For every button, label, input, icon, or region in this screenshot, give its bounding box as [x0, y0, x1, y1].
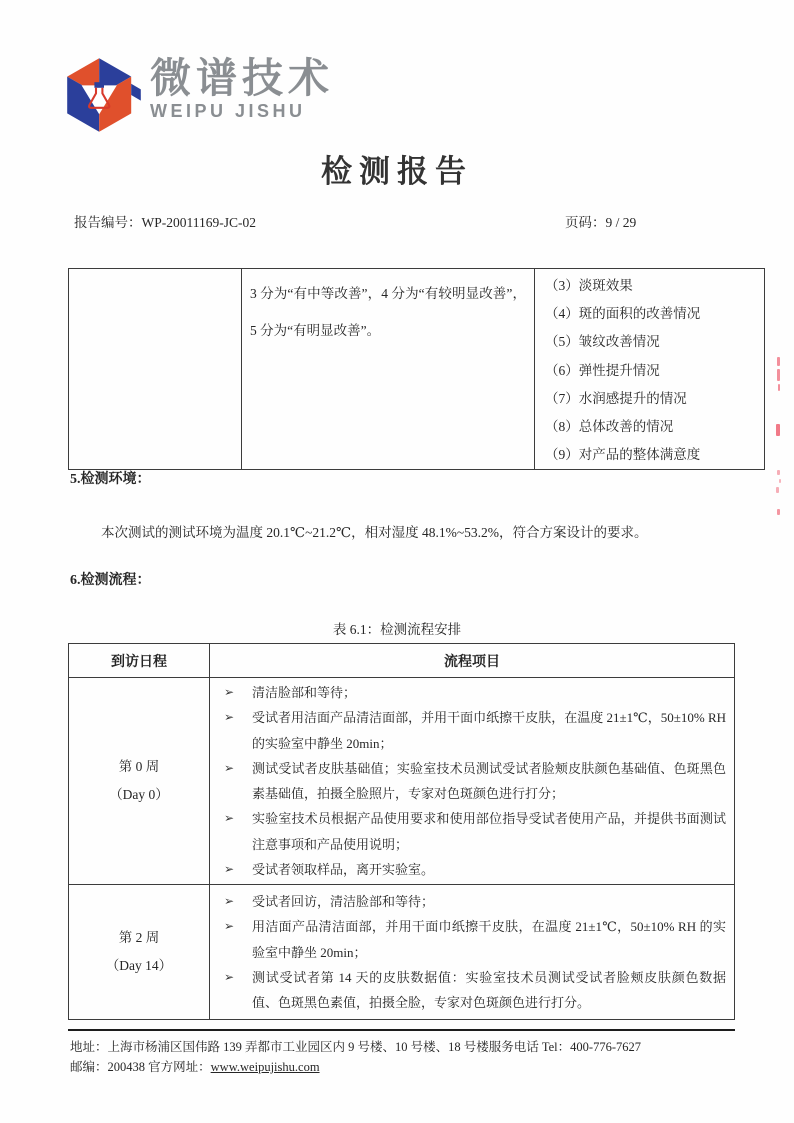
visit-cell-day14: 第 2 周 （Day 14）	[69, 885, 210, 1020]
stamp-bleed-mark	[777, 369, 780, 381]
stamp-bleed-mark	[776, 487, 779, 493]
table-row-day14: 第 2 周 （Day 14） ➢受试者回访，清洁脸部和等待； ➢用洁面产品清洁面…	[69, 885, 735, 1020]
process-cell-day14: ➢受试者回访，清洁脸部和等待； ➢用洁面产品清洁面部，并用干面巾纸擦干皮肤，在温…	[210, 885, 735, 1020]
visit-cell-day0: 第 0 周 （Day 0）	[69, 678, 210, 885]
arrow-bullet-icon: ➢	[224, 889, 234, 914]
stamp-bleed-mark	[777, 357, 780, 366]
list-item: （7）水润感提升的情况	[545, 385, 764, 413]
stamp-bleed-mark	[776, 424, 780, 436]
list-item: ➢实验室技术员根据产品使用要求和使用部位指导受试者使用产品，并提供书面测试注意事…	[210, 806, 726, 857]
empty-cell	[69, 269, 242, 470]
section-6-heading: 6.检测流程：	[70, 569, 151, 589]
process-item-text: 清洁脸部和等待；	[252, 685, 356, 700]
website-link[interactable]: www.weipujishu.com	[211, 1060, 320, 1074]
stamp-bleed-mark	[778, 384, 780, 391]
report-number: 报告编号：WP-20011169-JC-02	[74, 211, 256, 231]
footer-contact-line: 邮编：200438 官方网址：www.weipujishu.com	[70, 1057, 320, 1075]
scoring-continuation-table: 3 分为“有中等改善”，4 分为“有较明显改善”，5 分为“有明显改善”。 （3…	[68, 268, 765, 470]
footer-zip-label: 邮编：200438 官方网址：	[70, 1060, 211, 1074]
process-list: ➢受试者回访，清洁脸部和等待； ➢用洁面产品清洁面部，并用干面巾纸擦干皮肤，在温…	[210, 887, 734, 1017]
list-item: ➢测试受试者皮肤基础值；实验室技术员测试受试者脸颊皮肤颜色基础值、色斑黑色素基础…	[210, 756, 726, 807]
list-item: ➢受试者用洁面产品清洁面部，并用干面巾纸擦干皮肤，在温度 21±1℃，50±10…	[210, 705, 726, 756]
weipu-logo-icon	[64, 50, 144, 140]
list-item: ➢测试受试者第 14 天的皮肤数据值：实验室技术员测试受试者脸颊皮肤颜色数据值、…	[210, 965, 726, 1016]
footer-address-line: 地址：上海市杨浦区国伟路 139 弄都市工业园区内 9 号楼、10 号楼、18 …	[70, 1037, 641, 1055]
visit-week: 第 0 周	[69, 753, 209, 781]
visit-day: （Day 0）	[69, 781, 209, 809]
arrow-bullet-icon: ➢	[224, 965, 234, 990]
page-number-value: 9 / 29	[606, 215, 637, 230]
score-description-cell: 3 分为“有中等改善”，4 分为“有较明显改善”，5 分为“有明显改善”。	[242, 269, 535, 470]
list-item: （5）皱纹改善情况	[545, 328, 764, 356]
arrow-bullet-icon: ➢	[224, 680, 234, 705]
list-item: ➢用洁面产品清洁面部，并用干面巾纸擦干皮肤，在温度 21±1℃，50±10% R…	[210, 914, 726, 965]
report-page: 微谱技术 WEIPU JISHU 检测报告 报告编号：WP-20011169-J…	[0, 0, 794, 1123]
section-5-body: 本次测试的测试环境为温度 20.1℃~21.2℃，相对湿度 48.1%~53.2…	[101, 521, 648, 541]
table-header-row: 到访日程 流程项目	[69, 644, 735, 678]
logo-text: 微谱技术 WEIPU JISHU	[150, 56, 334, 121]
report-number-label: 报告编号：	[74, 215, 142, 230]
process-item-text: 实验室技术员根据产品使用要求和使用部位指导受试者使用产品，并提供书面测试注意事项…	[252, 811, 726, 851]
stamp-bleed-mark	[777, 470, 780, 475]
process-cell-day0: ➢清洁脸部和等待； ➢受试者用洁面产品清洁面部，并用干面巾纸擦干皮肤，在温度 2…	[210, 678, 735, 885]
brand-name-en: WEIPU JISHU	[150, 101, 334, 121]
list-item: （9）对产品的整体满意度	[545, 441, 764, 469]
table-6-1-caption: 表 6.1：检测流程安排	[0, 618, 794, 638]
list-item: ➢受试者领取样品，离开实验室。	[210, 857, 726, 882]
table-row: 3 分为“有中等改善”，4 分为“有较明显改善”，5 分为“有明显改善”。 （3…	[69, 269, 765, 470]
list-item: ➢清洁脸部和等待；	[210, 680, 726, 705]
process-item-text: 受试者用洁面产品清洁面部，并用干面巾纸擦干皮肤，在温度 21±1℃，50±10%…	[252, 710, 726, 750]
process-item-text: 用洁面产品清洁面部，并用干面巾纸擦干皮肤，在温度 21±1℃，50±10% RH…	[252, 919, 726, 959]
arrow-bullet-icon: ➢	[224, 705, 234, 730]
process-schedule-table: 到访日程 流程项目 第 0 周 （Day 0） ➢清洁脸部和等待； ➢受试者用洁…	[68, 643, 735, 1020]
footer-divider	[68, 1029, 735, 1031]
process-item-text: 测试受试者皮肤基础值；实验室技术员测试受试者脸颊皮肤颜色基础值、色斑黑色素基础值…	[252, 761, 726, 801]
page-number-label: 页码：	[565, 215, 606, 230]
visit-day: （Day 14）	[69, 952, 209, 980]
list-item: ➢受试者回访，清洁脸部和等待；	[210, 889, 726, 914]
table-row-day0: 第 0 周 （Day 0） ➢清洁脸部和等待； ➢受试者用洁面产品清洁面部，并用…	[69, 678, 735, 885]
visit-week: 第 2 周	[69, 924, 209, 952]
stamp-bleed-mark	[779, 479, 781, 483]
process-list: ➢清洁脸部和等待； ➢受试者用洁面产品清洁面部，并用干面巾纸擦干皮肤，在温度 2…	[210, 678, 734, 884]
report-number-value: WP-20011169-JC-02	[142, 215, 257, 230]
arrow-bullet-icon: ➢	[224, 914, 234, 939]
section-5-heading: 5.检测环境：	[70, 468, 151, 488]
arrow-bullet-icon: ➢	[224, 806, 234, 831]
column-header-visit: 到访日程	[69, 644, 210, 678]
list-item: （6）弹性提升情况	[545, 357, 764, 385]
process-item-text: 受试者回访，清洁脸部和等待；	[252, 894, 434, 909]
list-item: （8）总体改善的情况	[545, 413, 764, 441]
process-item-text: 测试受试者第 14 天的皮肤数据值：实验室技术员测试受试者脸颊皮肤颜色数据值、色…	[252, 970, 726, 1010]
column-header-process: 流程项目	[210, 644, 735, 678]
list-item: （3）淡斑效果	[545, 272, 764, 300]
stamp-bleed-mark	[777, 509, 780, 515]
process-item-text: 受试者领取样品，离开实验室。	[252, 862, 434, 877]
list-item: （4）斑的面积的改善情况	[545, 300, 764, 328]
page-number: 页码：9 / 29	[565, 211, 636, 231]
document-title: 检测报告	[0, 146, 794, 191]
arrow-bullet-icon: ➢	[224, 756, 234, 781]
brand-name-cn: 微谱技术	[150, 56, 334, 100]
arrow-bullet-icon: ➢	[224, 857, 234, 882]
company-logo: 微谱技术 WEIPU JISHU	[64, 50, 334, 140]
evaluation-items-cell: （3）淡斑效果 （4）斑的面积的改善情况 （5）皱纹改善情况 （6）弹性提升情况…	[535, 269, 765, 470]
